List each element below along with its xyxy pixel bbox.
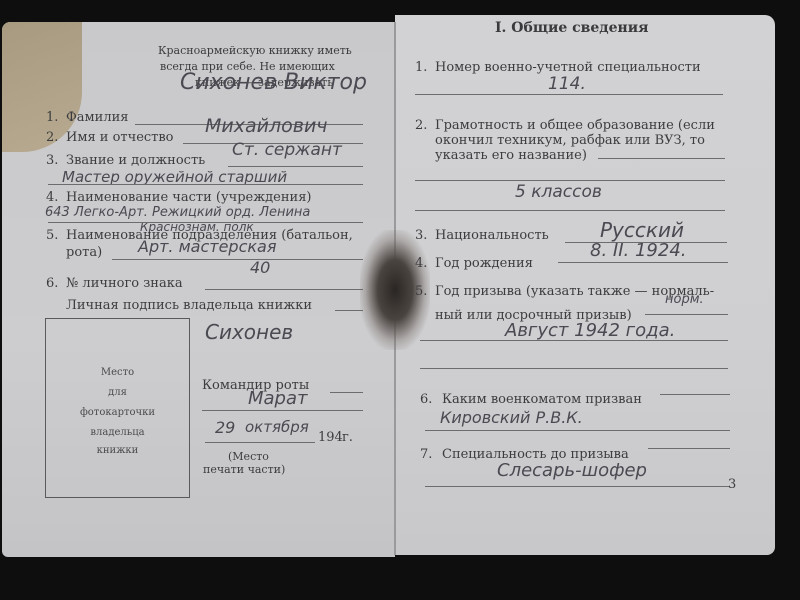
r-field-6-num: 6.	[420, 392, 432, 407]
r-field-1-line	[415, 94, 723, 95]
stamp-label-2: печати части)	[203, 463, 285, 476]
field-5-num: 5.	[46, 228, 58, 243]
date-day: 29	[215, 418, 235, 437]
date-year-prefix: 194	[318, 430, 343, 445]
date-month: октября	[245, 418, 309, 436]
r-field-4-line	[558, 262, 728, 263]
field-3-num: 3.	[46, 153, 58, 168]
field-1-num: 1.	[46, 110, 58, 125]
r-field-2-num: 2.	[415, 118, 427, 133]
recruitment-office-value: Кировский Р.В.К.	[440, 408, 583, 427]
unit-value: 643 Легко-Арт. Режицкий орд. Ленина	[45, 205, 310, 220]
photo-text-4: владельца	[46, 427, 189, 438]
signature-line	[335, 310, 363, 311]
field-6-line	[205, 289, 363, 290]
field-4-label: Наименование части (учреждения)	[66, 190, 311, 205]
r-field-2-label-2: окончил техникум, рабфак или ВУЗ, то	[435, 133, 705, 148]
commander-line-2	[202, 410, 363, 411]
commander-signature: Марат	[248, 388, 308, 409]
patronymic-value: Михайлович	[205, 115, 328, 137]
r-field-5-line-2	[420, 340, 728, 341]
r-field-6-line	[660, 394, 730, 395]
photo-text-5: книжки	[46, 445, 189, 456]
conscription-year-value: Август 1942 года.	[505, 320, 675, 341]
r-field-7-num: 7.	[420, 447, 432, 462]
field-3-line	[228, 166, 363, 167]
r-field-5-line-3	[420, 368, 728, 369]
r-field-4-label: Год рождения	[435, 256, 533, 271]
r-field-7-line	[648, 448, 730, 449]
header-note-line-1: Красноармейскую книжку иметь	[158, 44, 352, 57]
field-5-label-2: рота)	[66, 245, 102, 260]
signature-label: Личная подпись владельца книжки	[66, 298, 312, 313]
field-6-label: № личного знака	[66, 276, 183, 291]
field-4-line	[48, 222, 363, 223]
r-field-5-line	[645, 314, 728, 315]
r-field-1-label: Номер военно-учетной специальности	[435, 60, 701, 75]
page-number: 3	[728, 477, 736, 492]
photo-text-1: Место	[46, 367, 189, 378]
date-year-suffix: г.	[342, 430, 353, 445]
pre-conscription-specialty-value: Слесарь-шофер	[497, 460, 647, 481]
stamp-label-1: (Место	[228, 450, 269, 463]
r-field-2-label: Грамотность и общее образование (если	[435, 118, 715, 133]
education-value: 5 классов	[515, 182, 602, 202]
section-title: I. Общие сведения	[495, 20, 649, 36]
field-6-num: 6.	[46, 276, 58, 291]
birth-date-value: 8. II. 1924.	[590, 240, 687, 261]
specialty-number-value: 114.	[548, 74, 586, 94]
field-5-line	[112, 259, 363, 260]
conscription-type-value: норм.	[665, 292, 704, 307]
subunit-value: Арт. мастерская	[138, 237, 276, 256]
photo-placeholder-box: Место для фотокарточки владельца книжки	[45, 318, 190, 498]
r-field-2-line-3	[415, 210, 725, 211]
r-field-2-label-3: указать его название)	[435, 148, 587, 163]
date-line	[205, 442, 315, 443]
r-field-2-line-2	[415, 180, 725, 181]
owner-signature: Сихонев	[205, 320, 293, 344]
photo-text-3: фотокарточки	[46, 407, 189, 418]
field-3-label: Звание и должность	[66, 153, 205, 168]
r-field-6-label: Каким военкоматом призван	[442, 392, 642, 407]
field-1-label: Фамилия	[66, 110, 128, 125]
field-2-label: Имя и отчество	[66, 130, 174, 145]
rank-value: Ст. сержант	[232, 140, 342, 160]
nationality-value: Русский	[600, 218, 684, 242]
r-field-5-num: 5.	[415, 284, 427, 299]
r-field-4-num: 4.	[415, 256, 427, 271]
r-field-3-num: 3.	[415, 228, 427, 243]
tag-number-value: 40	[250, 258, 270, 277]
r-field-6-line-2	[425, 430, 730, 431]
field-3-line-2	[48, 184, 363, 185]
field-4-num: 4.	[46, 190, 58, 205]
surname-value: Сихонев Виктор	[180, 70, 367, 95]
r-field-2-line	[598, 158, 725, 159]
photo-text-2: для	[46, 387, 189, 398]
r-field-7-line-2	[425, 486, 730, 487]
field-2-num: 2.	[46, 130, 58, 145]
r-field-3-label: Национальность	[435, 228, 549, 243]
r-field-1-num: 1.	[415, 60, 427, 75]
commander-line	[330, 392, 363, 393]
